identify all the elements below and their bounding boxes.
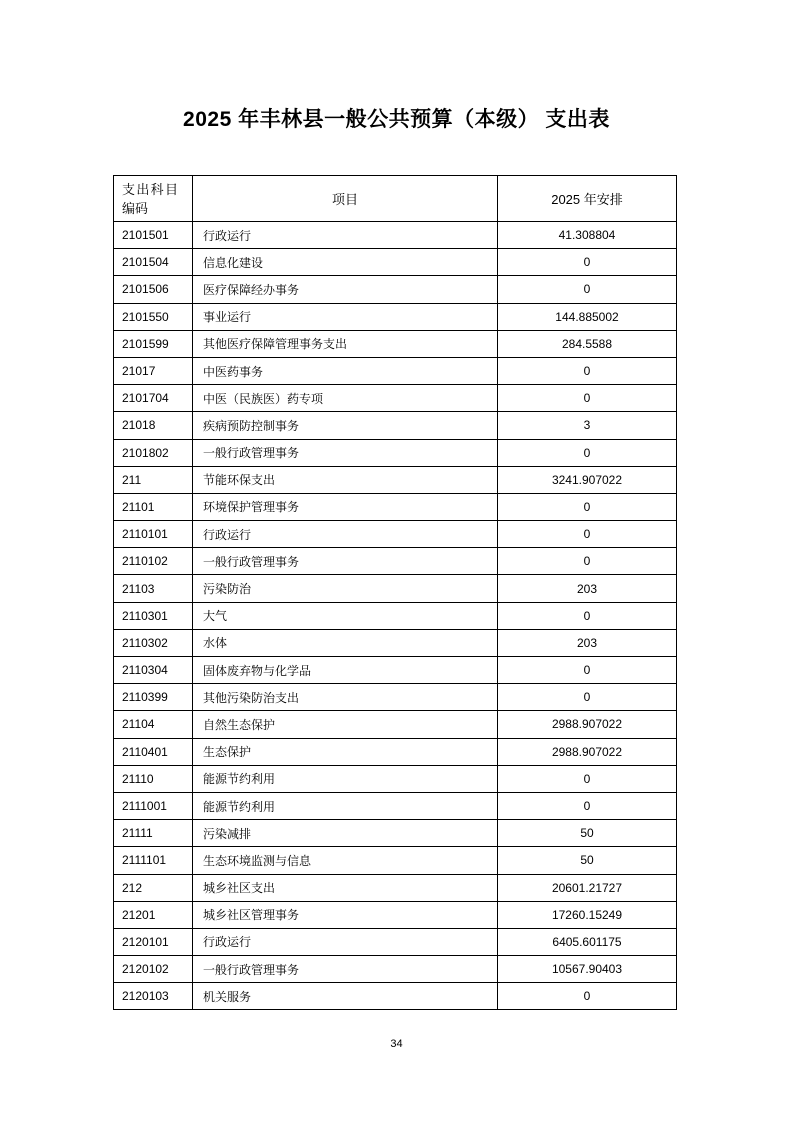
amount-cell: 0: [498, 439, 677, 466]
code-cell: 2101599: [114, 330, 193, 357]
item-cell: 固体废弃物与化学品: [193, 657, 498, 684]
page-number: 34: [0, 1038, 793, 1050]
table-row: 2101506 医疗保障经办事务 0: [114, 276, 677, 303]
code-cell: 2110302: [114, 629, 193, 656]
item-cell: 中医药事务: [193, 357, 498, 384]
table-row: 2101501 行政运行 41.308804: [114, 222, 677, 249]
table-row: 2101504 信息化建设 0: [114, 249, 677, 276]
code-cell: 2101550: [114, 303, 193, 330]
code-cell: 2110304: [114, 657, 193, 684]
table-row: 211 节能环保支出 3241.907022: [114, 466, 677, 493]
header-row: 支出科目编码 项目 2025 年安排: [114, 176, 677, 222]
item-cell: 其他医疗保障管理事务支出: [193, 330, 498, 357]
item-cell: 信息化建设: [193, 249, 498, 276]
code-cell: 2101704: [114, 385, 193, 412]
amount-cell: 50: [498, 820, 677, 847]
item-cell: 能源节约利用: [193, 765, 498, 792]
code-cell: 2111101: [114, 847, 193, 874]
amount-cell: 0: [498, 983, 677, 1010]
table-row: 2101550 事业运行 144.885002: [114, 303, 677, 330]
amount-cell: 0: [498, 493, 677, 520]
item-cell: 城乡社区管理事务: [193, 901, 498, 928]
item-cell: 一般行政管理事务: [193, 548, 498, 575]
table-row: 212 城乡社区支出 20601.21727: [114, 874, 677, 901]
item-cell: 一般行政管理事务: [193, 956, 498, 983]
amount-cell: 0: [498, 657, 677, 684]
item-cell: 中医（民族医）药专项: [193, 385, 498, 412]
item-cell: 行政运行: [193, 928, 498, 955]
table-row: 21018 疾病预防控制事务 3: [114, 412, 677, 439]
item-cell: 生态环境监测与信息: [193, 847, 498, 874]
table-row: 2111101 生态环境监测与信息 50: [114, 847, 677, 874]
item-cell: 污染减排: [193, 820, 498, 847]
code-cell: 2101802: [114, 439, 193, 466]
code-cell: 2101504: [114, 249, 193, 276]
amount-cell: 0: [498, 602, 677, 629]
code-cell: 2101506: [114, 276, 193, 303]
item-cell: 自然生态保护: [193, 711, 498, 738]
table-row: 2110399 其他污染防治支出 0: [114, 684, 677, 711]
amount-cell: 0: [498, 792, 677, 819]
table-row: 2110302 水体 203: [114, 629, 677, 656]
item-cell: 行政运行: [193, 222, 498, 249]
code-cell: 21103: [114, 575, 193, 602]
table-row: 2120103 机关服务 0: [114, 983, 677, 1010]
table-row: 21104 自然生态保护 2988.907022: [114, 711, 677, 738]
amount-cell: 0: [498, 357, 677, 384]
code-cell: 2110101: [114, 521, 193, 548]
column-header-amount: 2025 年安排: [498, 176, 677, 222]
table-row: 21110 能源节约利用 0: [114, 765, 677, 792]
code-cell: 2120102: [114, 956, 193, 983]
table-row: 2110301 大气 0: [114, 602, 677, 629]
amount-cell: 0: [498, 765, 677, 792]
code-cell: 212: [114, 874, 193, 901]
code-cell: 21110: [114, 765, 193, 792]
amount-cell: 2988.907022: [498, 738, 677, 765]
code-cell: 21018: [114, 412, 193, 439]
amount-cell: 3241.907022: [498, 466, 677, 493]
amount-cell: 203: [498, 629, 677, 656]
code-cell: 2101501: [114, 222, 193, 249]
item-cell: 大气: [193, 602, 498, 629]
code-cell: 21111: [114, 820, 193, 847]
amount-cell: 0: [498, 684, 677, 711]
amount-cell: 10567.90403: [498, 956, 677, 983]
amount-cell: 0: [498, 249, 677, 276]
amount-cell: 50: [498, 847, 677, 874]
table-row: 2110102 一般行政管理事务 0: [114, 548, 677, 575]
item-cell: 一般行政管理事务: [193, 439, 498, 466]
amount-cell: 17260.15249: [498, 901, 677, 928]
table-row: 2110101 行政运行 0: [114, 521, 677, 548]
code-cell: 2111001: [114, 792, 193, 819]
column-header-code-label: 支出科目编码: [122, 180, 178, 218]
code-cell: 2110399: [114, 684, 193, 711]
table-row: 2101802 一般行政管理事务 0: [114, 439, 677, 466]
table-row: 21101 环境保护管理事务 0: [114, 493, 677, 520]
amount-cell: 20601.21727: [498, 874, 677, 901]
table-row: 2101704 中医（民族医）药专项 0: [114, 385, 677, 412]
amount-cell: 6405.601175: [498, 928, 677, 955]
code-cell: 2110301: [114, 602, 193, 629]
item-cell: 污染防治: [193, 575, 498, 602]
item-cell: 能源节约利用: [193, 792, 498, 819]
item-cell: 医疗保障经办事务: [193, 276, 498, 303]
amount-cell: 2988.907022: [498, 711, 677, 738]
code-cell: 21201: [114, 901, 193, 928]
item-cell: 环境保护管理事务: [193, 493, 498, 520]
table-row: 2110401 生态保护 2988.907022: [114, 738, 677, 765]
amount-cell: 284.5588: [498, 330, 677, 357]
column-header-code: 支出科目编码: [114, 176, 193, 222]
document-page: 2025 年丰林县一般公共预算（本级） 支出表 支出科目编码 项目 2025 年…: [0, 0, 793, 1122]
amount-cell: 41.308804: [498, 222, 677, 249]
table-row: 21201 城乡社区管理事务 17260.15249: [114, 901, 677, 928]
table-body: 2101501 行政运行 41.308804 2101504 信息化建设 0 2…: [114, 222, 677, 1010]
code-cell: 2110401: [114, 738, 193, 765]
item-cell: 其他污染防治支出: [193, 684, 498, 711]
code-cell: 21101: [114, 493, 193, 520]
item-cell: 疾病预防控制事务: [193, 412, 498, 439]
item-cell: 生态保护: [193, 738, 498, 765]
item-cell: 节能环保支出: [193, 466, 498, 493]
amount-cell: 203: [498, 575, 677, 602]
code-cell: 2110102: [114, 548, 193, 575]
table-row: 2110304 固体废弃物与化学品 0: [114, 657, 677, 684]
amount-cell: 0: [498, 521, 677, 548]
table-row: 21111 污染减排 50: [114, 820, 677, 847]
code-cell: 21017: [114, 357, 193, 384]
item-cell: 城乡社区支出: [193, 874, 498, 901]
amount-cell: 3: [498, 412, 677, 439]
table-header: 支出科目编码 项目 2025 年安排: [114, 176, 677, 222]
item-cell: 水体: [193, 629, 498, 656]
page-title: 2025 年丰林县一般公共预算（本级） 支出表: [0, 103, 793, 133]
code-cell: 211: [114, 466, 193, 493]
code-cell: 2120103: [114, 983, 193, 1010]
item-cell: 事业运行: [193, 303, 498, 330]
table-row: 2120101 行政运行 6405.601175: [114, 928, 677, 955]
amount-cell: 0: [498, 548, 677, 575]
amount-cell: 0: [498, 276, 677, 303]
budget-table: 支出科目编码 项目 2025 年安排 2101501 行政运行 41.30880…: [113, 175, 677, 1010]
table-row: 2111001 能源节约利用 0: [114, 792, 677, 819]
table-row: 21017 中医药事务 0: [114, 357, 677, 384]
table-row: 21103 污染防治 203: [114, 575, 677, 602]
item-cell: 行政运行: [193, 521, 498, 548]
table-row: 2101599 其他医疗保障管理事务支出 284.5588: [114, 330, 677, 357]
table-row: 2120102 一般行政管理事务 10567.90403: [114, 956, 677, 983]
code-cell: 21104: [114, 711, 193, 738]
column-header-item: 项目: [193, 176, 498, 222]
amount-cell: 0: [498, 385, 677, 412]
amount-cell: 144.885002: [498, 303, 677, 330]
code-cell: 2120101: [114, 928, 193, 955]
item-cell: 机关服务: [193, 983, 498, 1010]
